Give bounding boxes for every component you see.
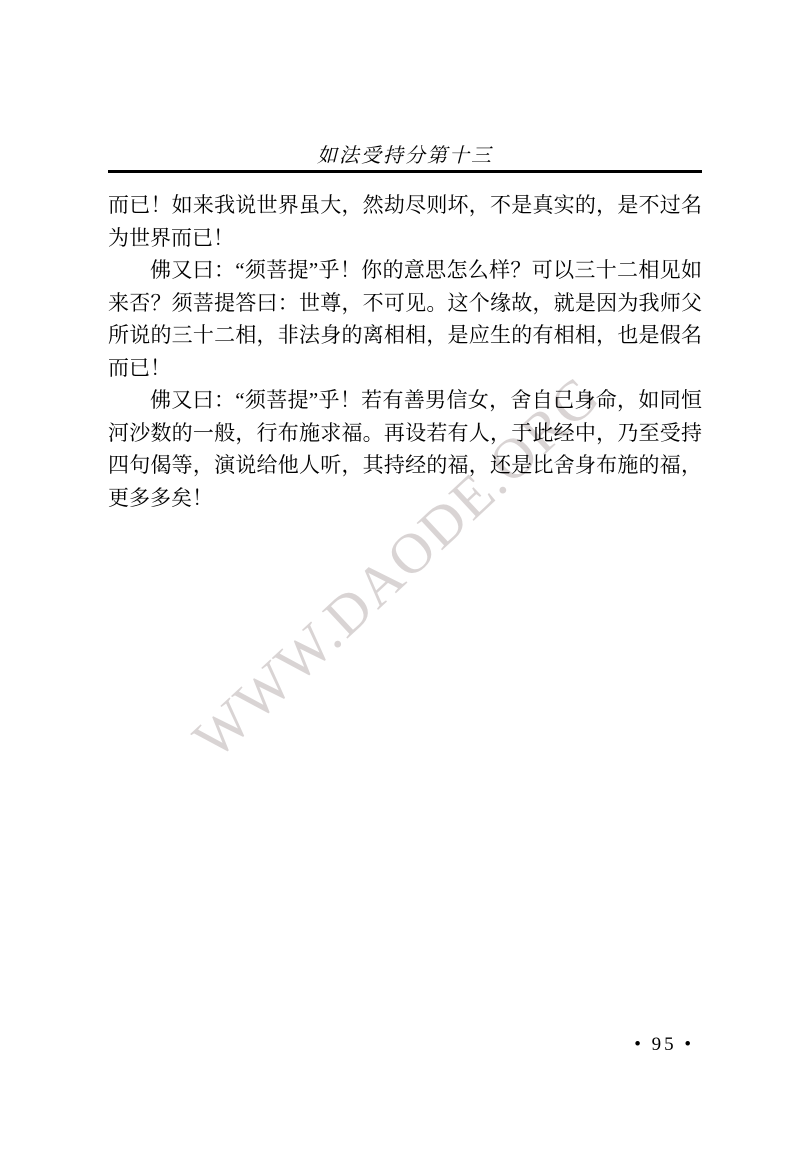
document-page: WWW.DAODE.ORG 如法受持分第十三 而已！如来我说世界虽大，然劫尽则坏… [0, 0, 794, 1149]
paragraph: 佛又曰：“须菩提”乎！你的意思怎么样？可以三十二相见如来否？须菩提答曰：世尊，不… [108, 254, 702, 384]
page-number: • 95 • [108, 1034, 702, 1056]
body-text: 而已！如来我说世界虽大，然劫尽则坏，不是真实的，是不过名为世界而已！佛又曰：“须… [108, 189, 702, 514]
paragraph: 而已！如来我说世界虽大，然劫尽则坏，不是真实的，是不过名为世界而已！ [108, 189, 702, 254]
paragraph: 佛又曰：“须菩提”乎！若有善男信女，舍自己身命，如同恒河沙数的一般，行布施求福。… [108, 384, 702, 514]
chapter-title: 如法受持分第十三 [108, 139, 702, 168]
header-rule [108, 170, 702, 173]
